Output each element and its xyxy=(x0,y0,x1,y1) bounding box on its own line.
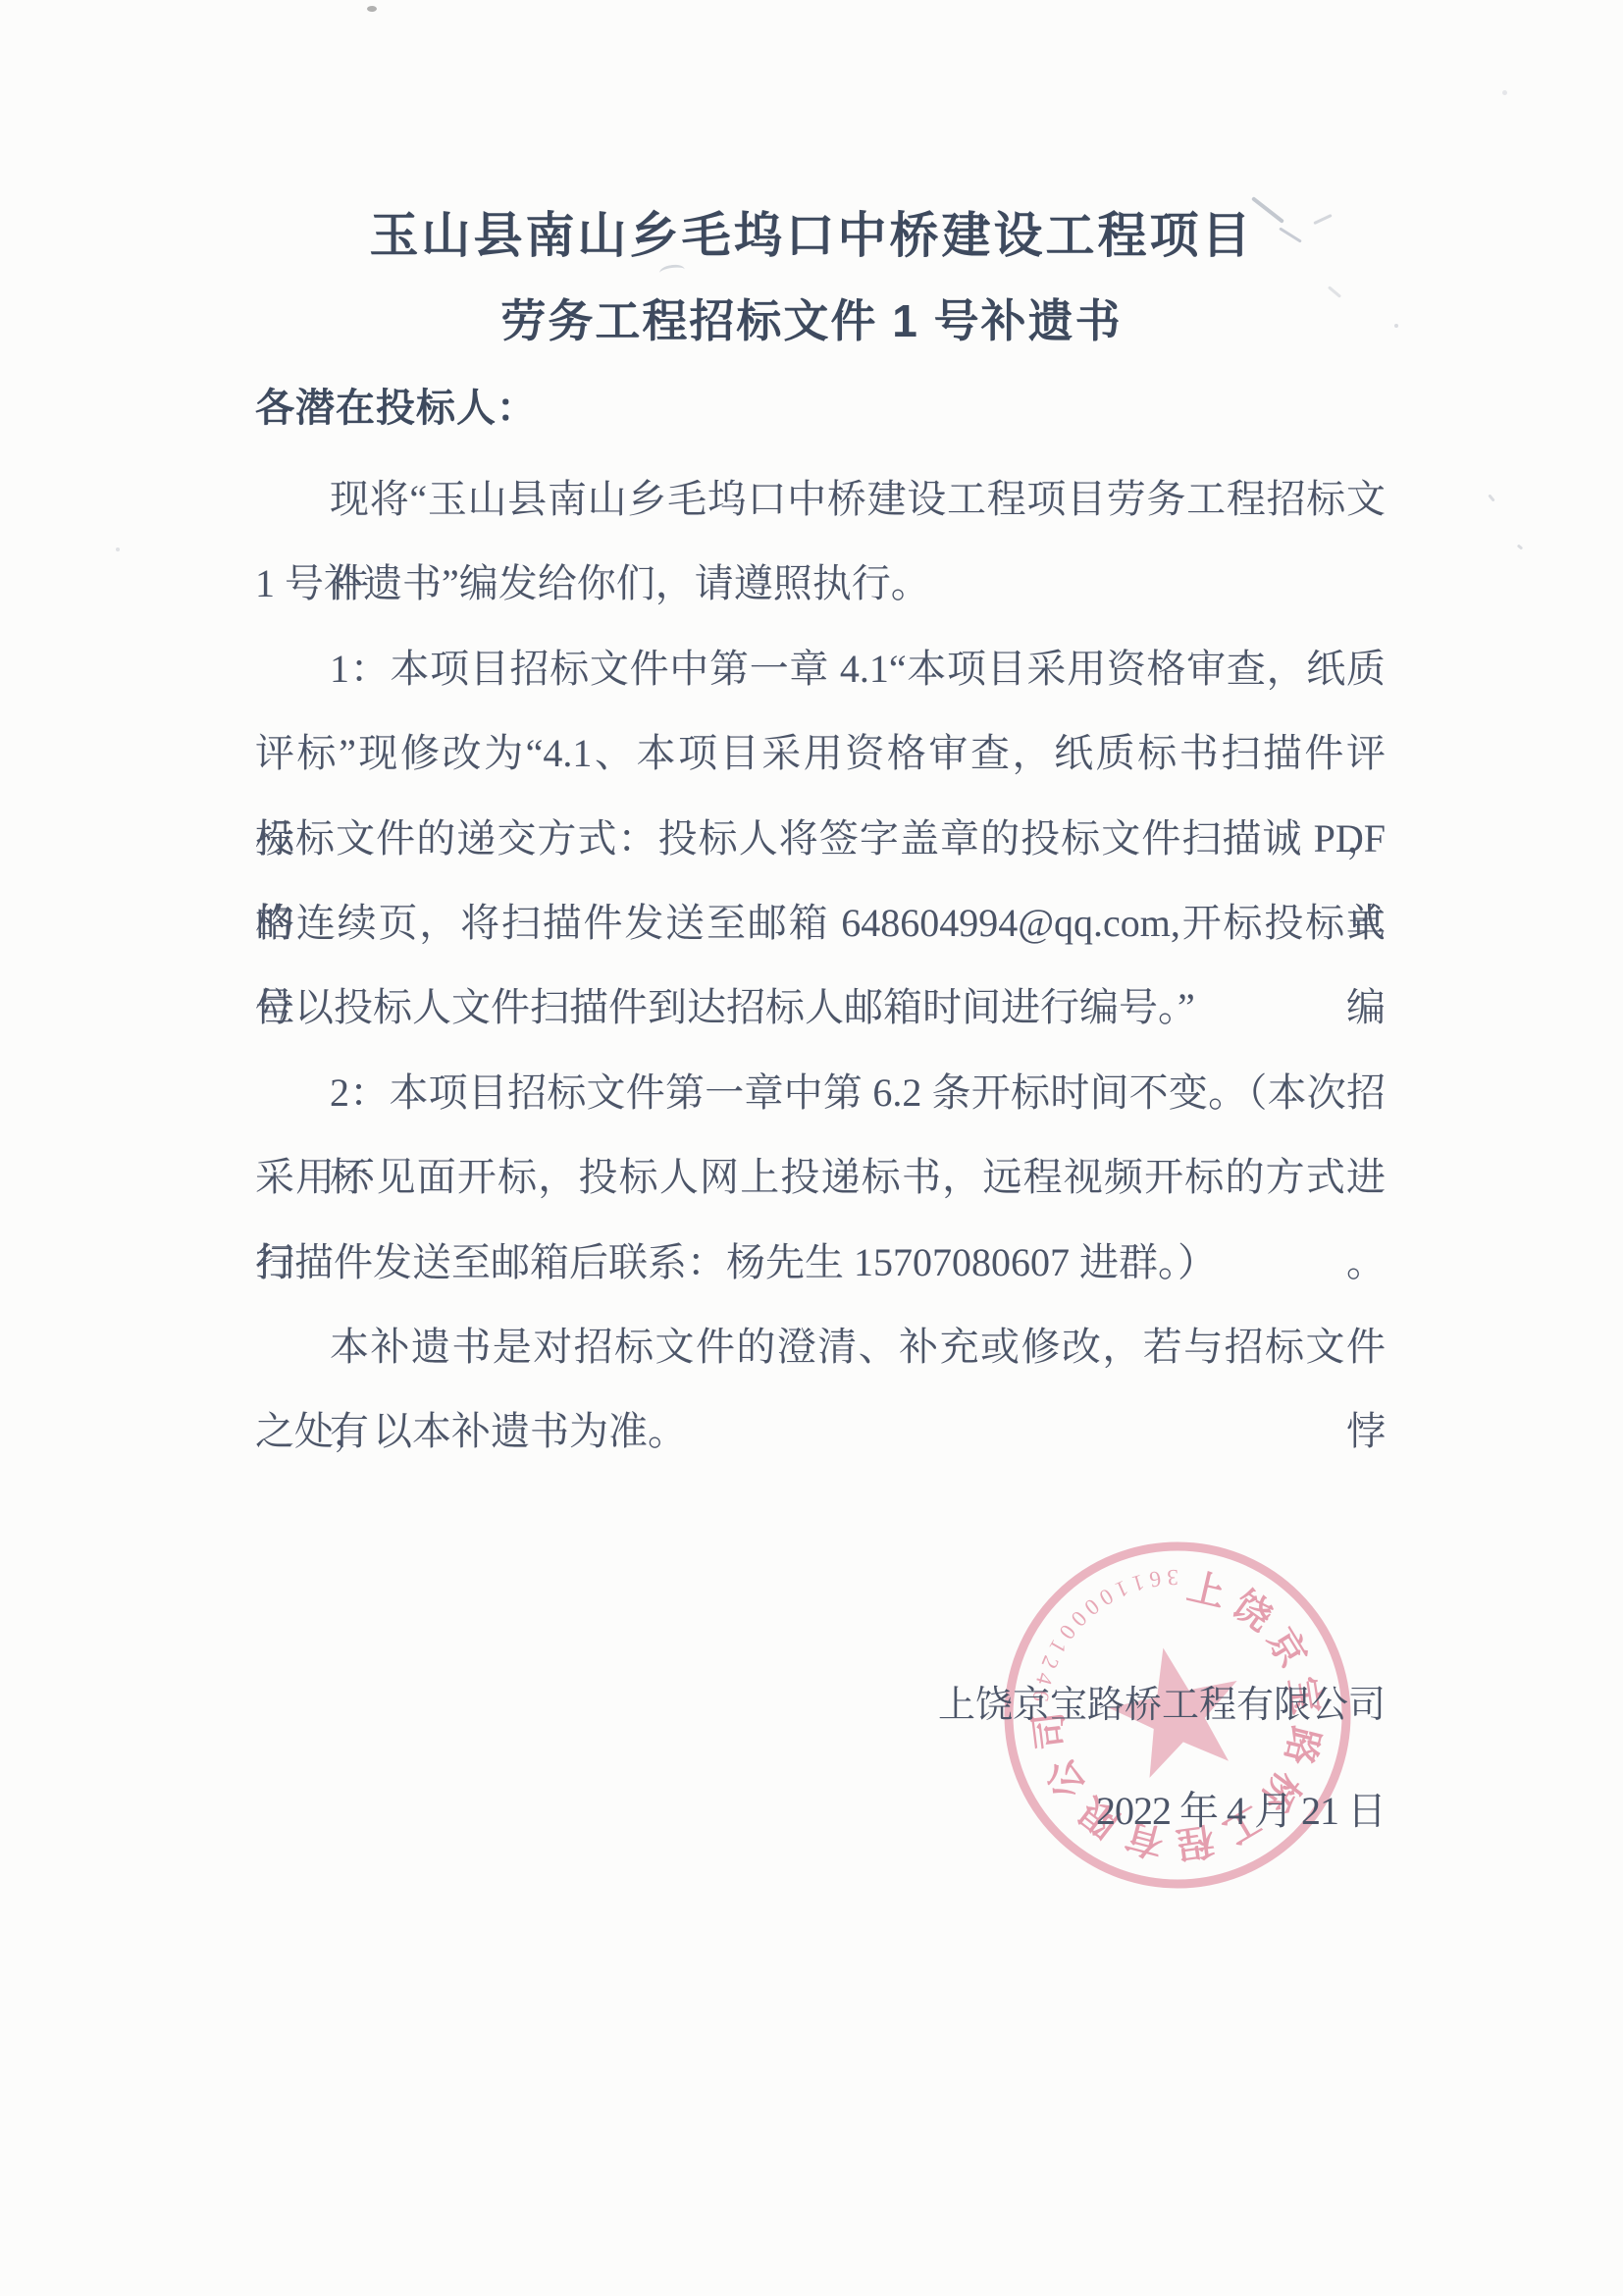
body-line: 投标文件的递交方式：投标人将签字盖章的投标文件扫描诚 PDF 格式 xyxy=(255,797,1386,881)
body-line: 现将“玉山县南山乡毛坞口中桥建设工程项目劳务工程招标文件 xyxy=(255,457,1386,542)
svg-text:2: 2 xyxy=(1036,1652,1063,1672)
svg-text:1: 1 xyxy=(1129,1570,1147,1596)
salutation: 各潜在投标人： xyxy=(255,387,537,430)
document-body: 现将“玉山县南山乡毛坞口中桥建设工程项目劳务工程招标文件1 号补遗书”编发给你们… xyxy=(255,457,1386,1475)
body-line: 采用不见面开标，投标人网上投递标书，远程视频开标的方式进行。 xyxy=(255,1135,1386,1220)
scan-artifact xyxy=(1488,494,1494,501)
body-line: 评标”现修改为“4.1、本项目采用资格审查，纸质标书扫描件评标， xyxy=(255,711,1386,796)
scan-artifact xyxy=(658,263,686,279)
scan-artifact xyxy=(1517,544,1524,549)
svg-text:京: 京 xyxy=(1259,1622,1314,1675)
svg-text:上: 上 xyxy=(1183,1567,1229,1615)
body-line: 2：本项目招标文件第一章中第 6.2 条开标时间不变。（本次招标 xyxy=(255,1051,1386,1135)
svg-text:3: 3 xyxy=(1167,1565,1178,1590)
svg-text:路: 路 xyxy=(1277,1723,1326,1769)
svg-text:饶: 饶 xyxy=(1225,1584,1279,1639)
signature-date: 2022 年 4 月 21 日 xyxy=(1096,1788,1386,1835)
body-line: 1：本项目招标文件中第一章 4.1“本项目采用资格审查，纸质 xyxy=(255,627,1386,711)
body-line: 1 号补遗书”编发给你们，请遵照执行。 xyxy=(255,542,1386,626)
signature-company: 上饶京宝路桥工程有限公司 xyxy=(938,1684,1386,1729)
scan-artifact xyxy=(1502,90,1507,95)
scan-artifact xyxy=(116,548,120,551)
scanned-document-page: 玉山县南山乡毛坞口中桥建设工程项目 劳务工程招标文件 1 号补遗书 各潜在投标人… xyxy=(0,0,1623,2296)
document-subtitle: 劳务工程招标文件 1 号补遗书 xyxy=(0,295,1623,347)
body-line: 的连续页，将扫描件发送至邮箱 648604994@qq.com,开标投标单位编 xyxy=(255,881,1386,965)
scan-artifact xyxy=(367,6,377,12)
scan-artifact xyxy=(1394,324,1398,328)
body-line: 扫描件发送至邮箱后联系：杨先生 15707080607 进群。） xyxy=(255,1221,1386,1305)
svg-text:公: 公 xyxy=(1039,1752,1093,1805)
svg-text:6: 6 xyxy=(1148,1566,1163,1592)
document-title: 玉山县南山乡毛坞口中桥建设工程项目 xyxy=(0,208,1623,265)
body-line: 本补遗书是对招标文件的澄清、补充或修改，若与招标文件有悖 xyxy=(255,1305,1386,1389)
